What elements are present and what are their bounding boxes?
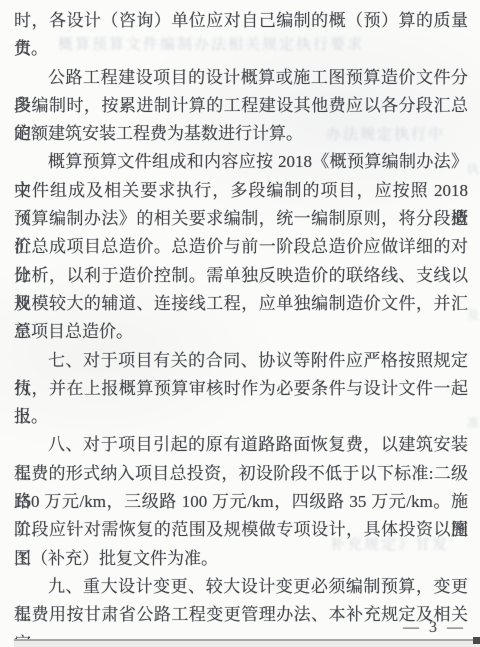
document-body: 时，各设计（咨询）单位应对自己编制的概（预）算的质量负 责。 公路工程建设项目的… bbox=[14, 7, 468, 630]
page-number: — 3 — bbox=[403, 619, 466, 637]
text-line: 七、对于项目有关的合同、协议等附件应严格按照规定执 bbox=[14, 347, 468, 375]
bleed-through-mark: 执 bbox=[467, 160, 479, 177]
text-line: 预算编制办法》的相关要求编制，统一编制原则，将分段造价 bbox=[14, 205, 468, 233]
text-line: 报。 bbox=[14, 403, 468, 431]
text-line: 分析，以利于造价控制。需单独反映造价的联络线、支线以及 bbox=[14, 262, 468, 290]
text-line: 规模较大的辅道、连接线工程，应单独编制造价文件，并汇总 bbox=[14, 290, 468, 318]
text-line: 汇总成项目总造价。总造价与前一阶段总造价应做详细的对比 bbox=[14, 233, 468, 261]
bleed-through-mark: 及 bbox=[467, 306, 479, 323]
text-line: 概算预算文件组成和内容应按 2018《概预算编制办法》中 bbox=[14, 148, 468, 176]
text-line: 程费的形式纳入项目总投资，初设阶段不低于以下标准:二级路 bbox=[14, 460, 468, 488]
scan-corner-mark bbox=[473, 637, 480, 644]
text-line: 至项目总造价。 bbox=[14, 318, 468, 346]
text-line: 公路工程建设项目的设计概算或施工图预算造价文件分多 bbox=[14, 64, 468, 92]
text-line: 定额建筑安装工程费为基数进行计算。 bbox=[14, 120, 468, 148]
text-line: 九、重大设计变更、较大设计变更必须编制预算，变更工 bbox=[14, 573, 468, 601]
text-line: 行，并在上报概算预算审核时作为必要条件与设计文件一起上 bbox=[14, 375, 468, 403]
text-line: 150 万元/km，三级路 100 万元/km，四级路 35 万元/km。施工图 bbox=[14, 488, 468, 516]
text-line: 时，各设计（咨询）单位应对自己编制的概（预）算的质量负 bbox=[14, 7, 468, 35]
text-line: 八、对于项目引起的原有道路路面恢复费，以建筑安装工 bbox=[14, 431, 468, 459]
text-line: 责。 bbox=[14, 35, 468, 63]
text-line: 程费用按甘肃省公路工程变更管理办法、本补充规定及相关定 bbox=[14, 601, 468, 629]
text-line: 文件组成及相关要求执行，多段编制的项目，应按照 2018《概 bbox=[14, 177, 468, 205]
text-line: 阶段应针对需恢复的范围及规模做专项设计，具体投资以施工 bbox=[14, 516, 468, 544]
bleed-through-mark: 准 bbox=[467, 414, 479, 431]
scan-edge-line bbox=[14, 639, 480, 647]
document-page: 概算预算文件编制办法相关规定执行要求 办法规定执行中 补充规定》甘发 执 及 准… bbox=[0, 0, 480, 647]
text-line: 段编制时，按累进制计算的工程建设其他费应以各分段汇总的 bbox=[14, 92, 468, 120]
text-line: 图（补充）批复文件为准。 bbox=[14, 545, 468, 573]
